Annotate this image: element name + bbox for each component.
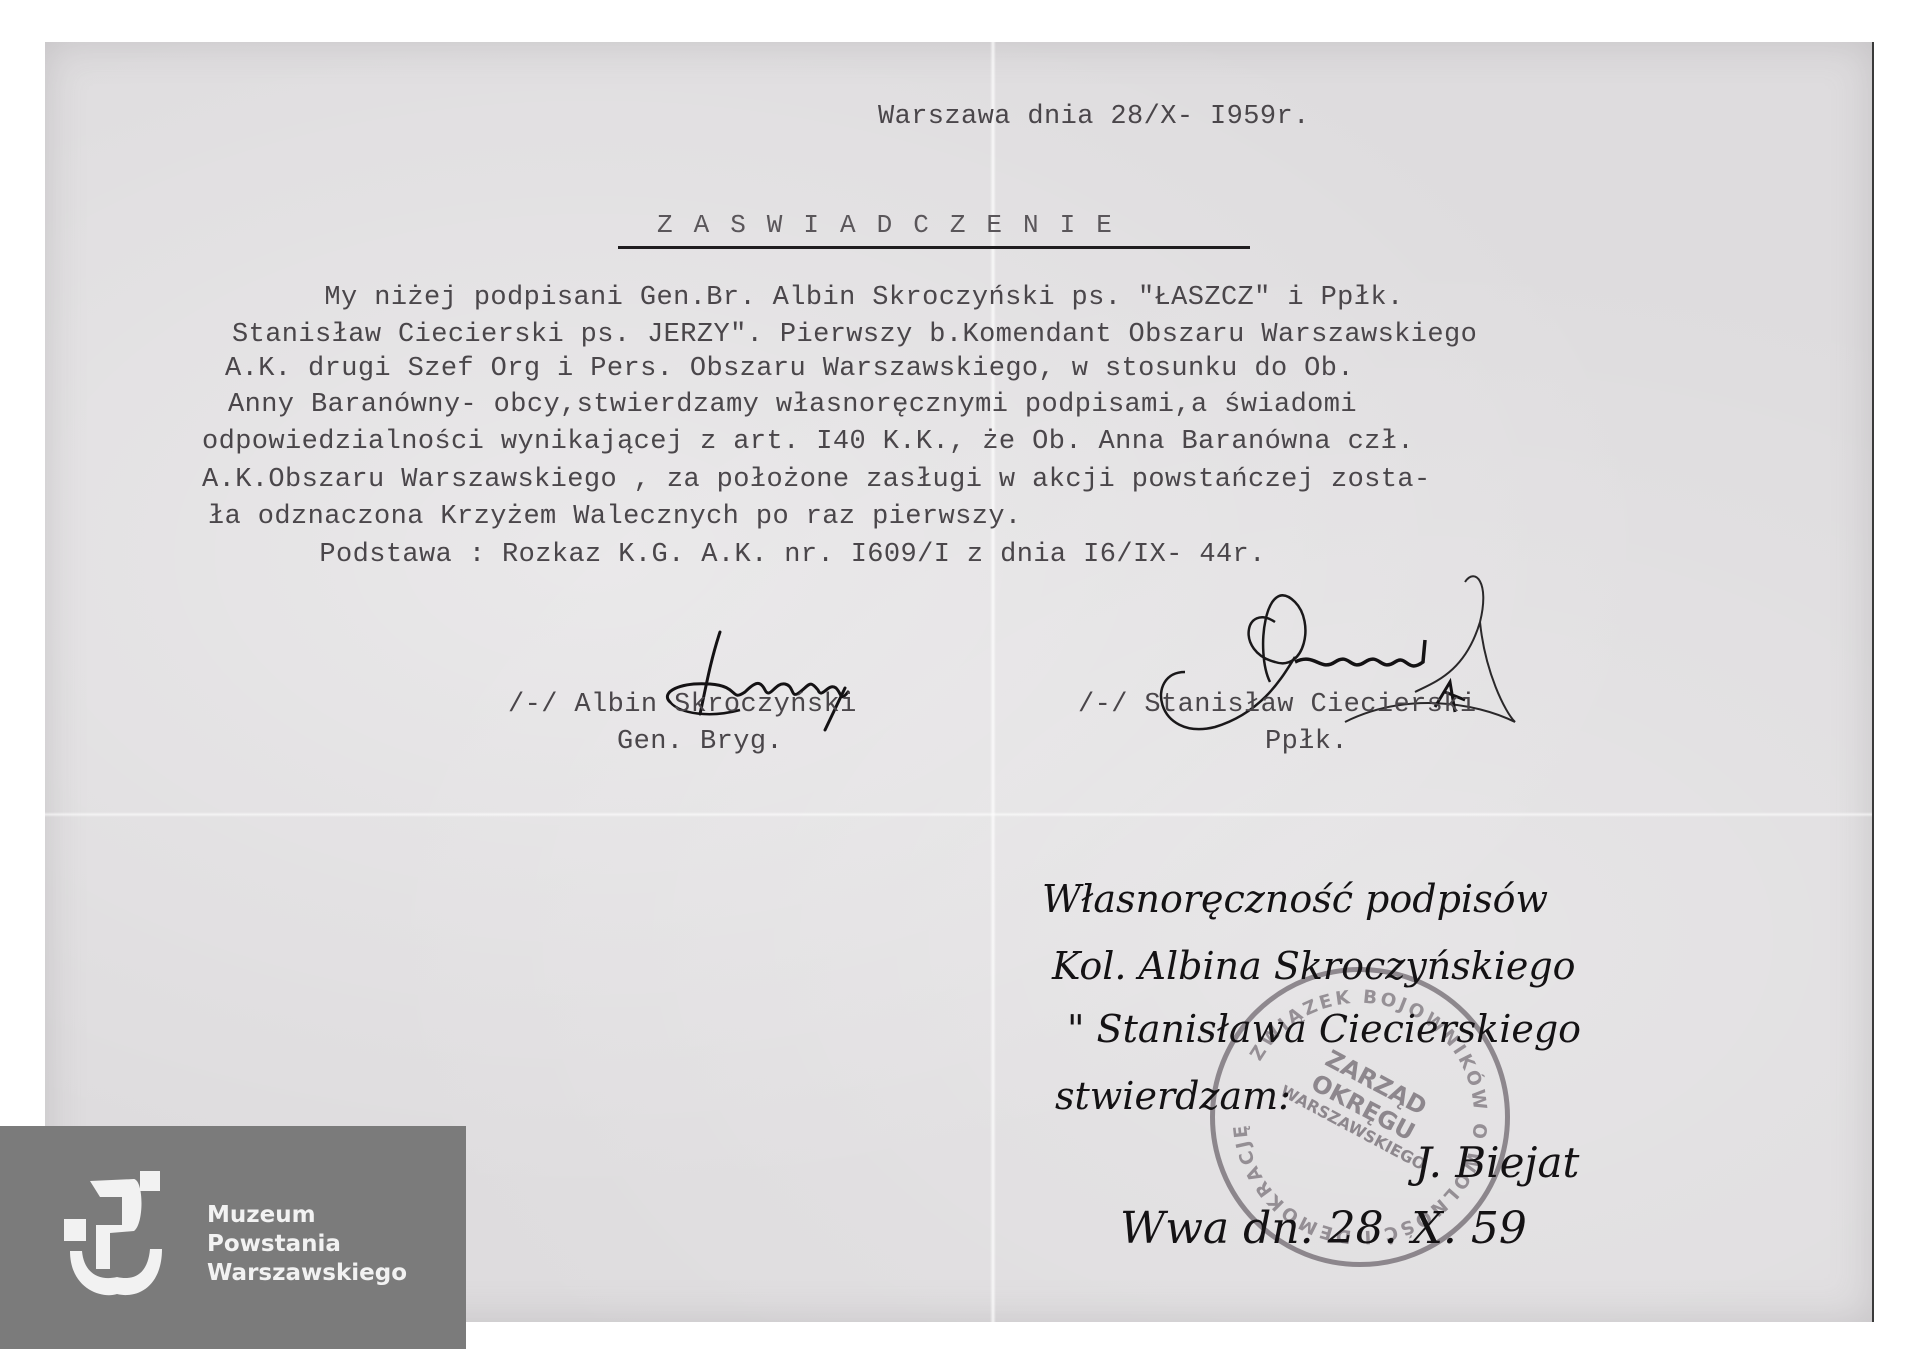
museum-name: Muzeum Powstania Warszawskiego	[207, 1201, 407, 1288]
museum-watermark: Muzeum Powstania Warszawskiego	[0, 1126, 466, 1349]
signatory-rank: Ppłk.	[1265, 729, 1348, 756]
body-line: odpowiedzialności wynikającej z art. I40…	[202, 429, 1414, 456]
handwritten-signature: J. Biejat	[1415, 1142, 1579, 1184]
signatory-prefix: /-/	[508, 690, 558, 720]
signatory-rank: Gen. Bryg.	[617, 729, 783, 756]
body-line: Stanisław Ciecierski ps. JERZY". Pierwsz…	[232, 322, 1477, 349]
place-date: Warszawa dnia 28/X- I959r.	[878, 104, 1310, 131]
signatory-name: /-/ Albin Skroczyński	[508, 692, 857, 719]
body-line: Anny Baranówny- obcy,stwierdzamy własnor…	[228, 392, 1357, 419]
signatory-name: /-/ Stanisław Ciecierski	[1078, 692, 1476, 719]
body-line: Podstawa : Rozkaz K.G. A.K. nr. I609/I z…	[253, 542, 1266, 569]
handwritten-line: stwierdzam:	[1055, 1077, 1291, 1115]
handwritten-line: " Stanisława Ciecierskiego	[1067, 1010, 1581, 1048]
body-line: ła odznaczona Krzyżem Walecznych po raz …	[208, 504, 1022, 531]
signatory-prefix: /-/	[1078, 690, 1128, 720]
handwritten-date: Wwa dn. 28. X. 59	[1120, 1207, 1527, 1251]
body-line: A.K. drugi Szef Org i Pers. Obszaru Wars…	[225, 356, 1354, 383]
title-underline	[618, 246, 1250, 249]
document-title: ZASWIADCZENIE	[657, 212, 1133, 238]
signature-ciecierski	[1145, 562, 1685, 762]
fold-crease-horizontal	[45, 812, 1872, 817]
body-line: My niżej podpisani Gen.Br. Albin Skroczy…	[258, 285, 1404, 312]
body-line: A.K.Obszaru Warszawskiego , za położone …	[202, 467, 1431, 494]
handwritten-line: Własnoręczność podpisów	[1042, 880, 1548, 918]
kotwica-anchor-icon	[62, 1169, 182, 1299]
handwritten-line: Kol. Albina Skroczyńskiego	[1052, 947, 1576, 985]
